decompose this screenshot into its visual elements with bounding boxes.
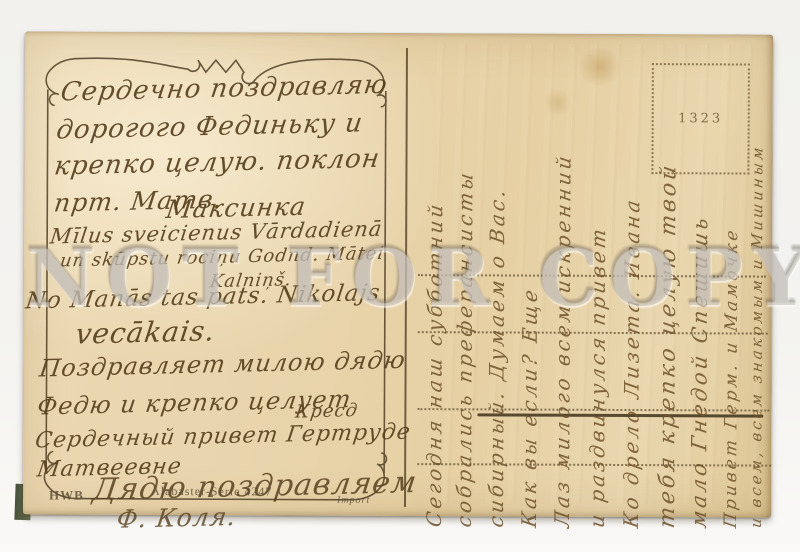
postcard-back: Сердечно поздравляюдорогого Фединьку икр… [23, 31, 773, 517]
handwriting-column: Лаз милого всем искренний [550, 71, 582, 530]
handwriting-column: и всем, всем знакомым и Мишиным [747, 51, 779, 531]
handwriting-column: собрались преферансисты [452, 70, 484, 529]
handwriting-column: тебя крепко целую твой [655, 76, 687, 530]
handwriting-column: Сегодня наш субботний [422, 80, 454, 529]
handwriting-column: мало Гнедой Спешишь [687, 94, 719, 530]
handwriting-column: сибирный. Думаем о Вас. [484, 63, 516, 529]
address-side-handwriting: Сегодня наш субботнийсобрались преферанс… [23, 31, 773, 517]
handwriting-column: и раздвинулся привет [585, 86, 617, 530]
scan-background: Сердечно поздравляюдорогого Фединьку икр… [0, 0, 800, 552]
handwriting-column: Ко дрело Лизета. Ивана [619, 64, 651, 530]
handwriting-column: Как вы если? Еще [517, 96, 549, 530]
